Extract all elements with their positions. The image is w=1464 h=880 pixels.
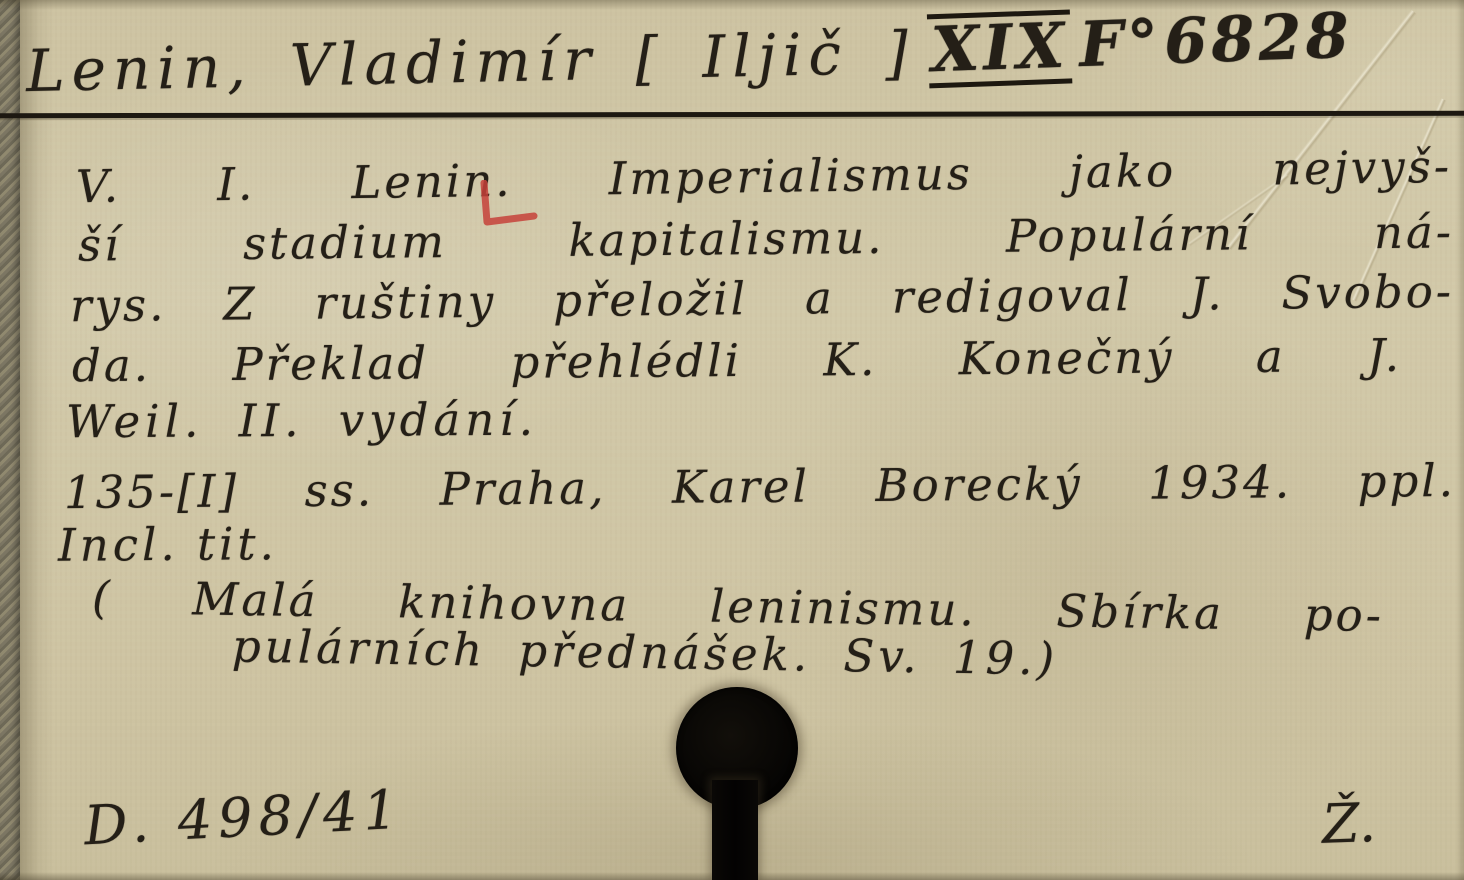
punch-hole-slot (712, 780, 758, 880)
collation-line: 135-[I] ss. Praha, Karel Borecký 1934. p… (64, 454, 1456, 519)
accession-number: D. 498/41 (83, 778, 406, 858)
author-heading: Lenin, Vladimír [ Iljič ] (25, 23, 706, 105)
cataloger-initial: Ž. (1321, 791, 1377, 856)
collation-line: Incl. tit. (58, 517, 278, 572)
heading-rule-line (0, 111, 1464, 119)
scan-left-edge (0, 0, 20, 880)
call-number: XIXF°6828 (927, 0, 1354, 88)
catalog-card-scan: Lenin, Vladimír [ Iljič ] XIXF°6828 V. I… (0, 0, 1464, 880)
scan-right-edge (1456, 0, 1464, 880)
call-number-roman-class: XIX (927, 9, 1073, 88)
body-line: Weil. II. vydání. (66, 393, 538, 448)
call-number-digits: 6828 (1163, 0, 1354, 78)
body-line: V. I. Lenin. Imperialismus jako nejvyš- (76, 140, 1453, 213)
body-line: da. Překlad přehlédli K. Konečný a J. (72, 329, 1402, 392)
call-number-format-letter: F° (1078, 5, 1164, 81)
red-insertion-mark-icon (476, 180, 540, 232)
card-left-edge-shadow (20, 0, 54, 880)
body-line: rys. Z ruštiny přeložil a redigoval J. S… (70, 265, 1454, 332)
body-line: ší stadium kapitalismu. Populární ná- (78, 205, 1454, 271)
